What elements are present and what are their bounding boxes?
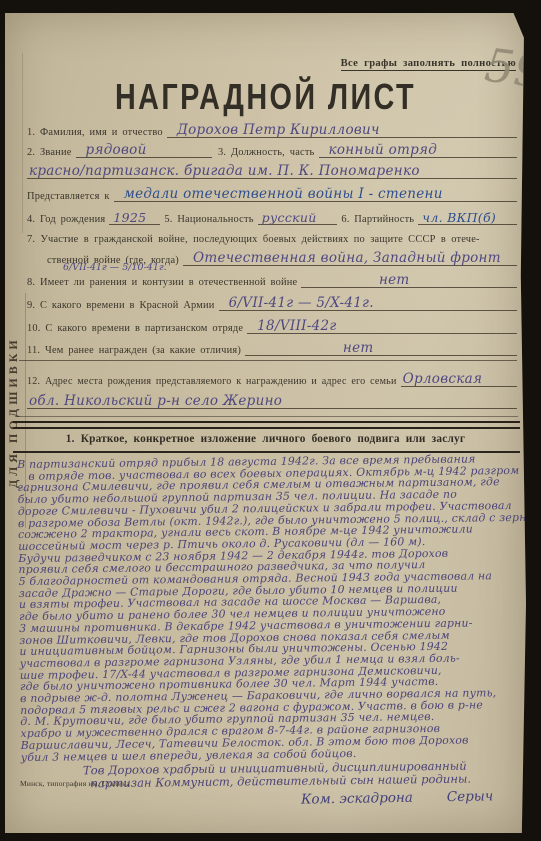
field-partisan-since: 10. С какого времени в партизанском отря… [27, 318, 517, 334]
field-previous-awards: 11. Чем ранее награжден (за какие отличи… [27, 340, 517, 356]
field-previous-awards-label: 11. Чем ранее награжден (за какие отличи… [27, 345, 245, 356]
divider-double [13, 421, 520, 429]
field-birth-year-value: 1925 [113, 212, 146, 225]
field-name-value: Дорохов Петр Кириллович [177, 124, 380, 138]
field-address-value: Орловская [403, 373, 483, 387]
field-presented-for: Представляется к медали отечественной во… [27, 186, 517, 202]
field-address-value2: обл. Никольский р-н село Жерино [29, 395, 282, 409]
field-partisan-value: 18/VIII-42г [257, 320, 336, 334]
field-war-participation-dates: 6/VII-41г — 5/10-41г. [63, 262, 167, 273]
field-war-participation-label-1: 7. Участие в гражданской войне, последую… [27, 234, 517, 245]
field-nationality-label: 5. Национальность [160, 214, 257, 225]
field-presented-line: медали отечественной войны I - степени [114, 185, 517, 202]
print-house-imprint: Минск, типография им. Сталина [20, 779, 130, 788]
field-partisan-line: 18/VIII-42г [247, 317, 517, 334]
field-wounds-line: нет [301, 271, 517, 288]
field-war-participation-line: Отечественная война, Западный фронт [183, 249, 517, 266]
section-heading: 1. Краткое, конкретное изложение личного… [5, 433, 526, 445]
field-party-line: чл. ВКП(б) [418, 208, 517, 225]
field-unit-line: конный отряд [319, 141, 517, 158]
field-party-value: чл. ВКП(б) [422, 212, 496, 225]
field-birth-year-line: 1925 [109, 208, 160, 225]
field-unit-line2: красно/партизанск. бригада им. П. К. Пон… [27, 162, 517, 179]
field-red-army-label: 9. С какого времени в Красной Армии [27, 300, 219, 311]
narrative-handwritten-block: В партизанский отряд прибыл 18 августа 1… [17, 453, 516, 763]
signature-title: Ком. эскадрона [301, 790, 413, 808]
field-rank-unit: 2. Звание рядовой 3. Должность, часть ко… [27, 142, 517, 158]
field-presented-value: медали отечественной войны I - степени [124, 188, 443, 202]
blank-rule [19, 360, 517, 361]
field-previous-awards-value: нет [343, 342, 374, 356]
field-nationality-line: русский [258, 208, 338, 225]
field-rank-line: рядовой [76, 141, 212, 158]
field-wounds-label: 8. Имеет ли ранения и контузии в отечест… [27, 277, 301, 288]
scan-background: ДЛЯ ПОДШИВКИ Все графы заполнять полност… [0, 0, 541, 841]
field-rank-value: рядовой [86, 144, 147, 158]
field-address-label: 12. Адрес места рождения представляемого… [27, 376, 401, 387]
field-name-line: Дорохов Петр Кириллович [167, 121, 517, 138]
field-birth-nation-party: 4. Год рождения 1925 5. Национальность р… [27, 209, 517, 225]
field-unit-continuation: красно/партизанск. бригада им. П. К. Пон… [27, 163, 517, 179]
paper-crease [22, 53, 23, 233]
page-number-pencil: 59 [482, 42, 526, 95]
closing-handwritten-block: Тов Дорохов храбрый и инициативный, дисц… [83, 760, 471, 791]
divider-thin [15, 416, 518, 417]
field-unit-value: конный отряд [329, 144, 438, 158]
field-name-label: 1. Фамилия, имя и отчество [27, 127, 167, 138]
field-red-army-line: 6/VII-41г — 5/X-41г. [219, 294, 517, 311]
field-red-army-since: 9. С какого времени в Красной Армии 6/VI… [27, 295, 517, 311]
field-address-line: Орловская [401, 370, 517, 387]
field-party-label: 6. Партийность [337, 214, 418, 225]
field-address: 12. Адрес места рождения представляемого… [27, 371, 517, 387]
field-rank-label: 2. Звание [27, 147, 76, 158]
field-unit-label: 3. Должность, часть [212, 147, 319, 158]
field-wounds: 8. Имеет ли ранения и контузии в отечест… [27, 272, 517, 288]
field-nationality-value: русский [262, 212, 317, 225]
field-war-participation-value: Отечественная война, Западный фронт [193, 252, 501, 266]
field-previous-awards-line: нет [245, 339, 517, 356]
handwritten-line: партизан Коммунист, действительный сын н… [83, 773, 471, 791]
form-title: НАГРАДНОЙ ЛИСТ [57, 79, 474, 115]
signature-name: Серыч [447, 788, 494, 805]
field-name: 1. Фамилия, имя и отчество Дорохов Петр … [27, 122, 517, 138]
field-address-continuation: обл. Никольский р-н село Жерино [27, 393, 517, 409]
signature-row: Ком. эскадрона Серыч [301, 788, 493, 807]
award-sheet-page: ДЛЯ ПОДШИВКИ Все графы заполнять полност… [5, 13, 526, 833]
field-birth-year-label: 4. Год рождения [27, 214, 109, 225]
field-address-line2: обл. Никольский р-н село Жерино [27, 392, 517, 409]
field-wounds-value: нет [379, 274, 410, 288]
field-red-army-value: 6/VII-41г — 5/X-41г. [229, 297, 374, 311]
field-presented-label: Представляется к [27, 191, 114, 202]
field-unit-value2: красно/партизанск. бригада им. П. К. Пон… [29, 165, 420, 179]
field-partisan-label: 10. С какого времени в партизанском отря… [27, 323, 247, 334]
